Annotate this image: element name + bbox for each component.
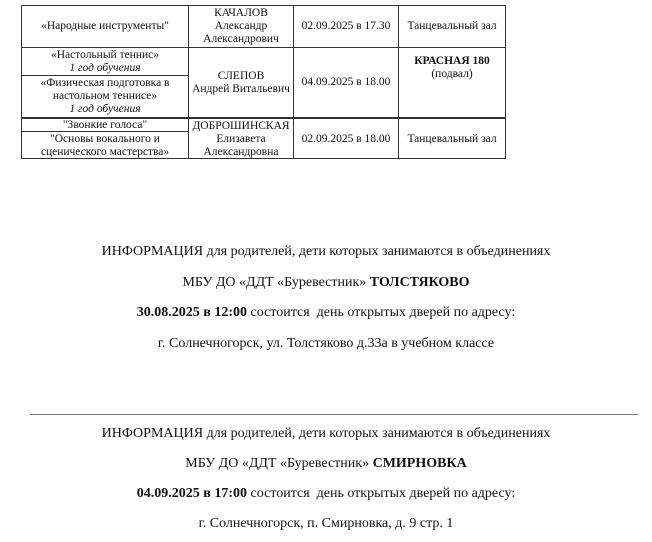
- teacher-patronymic: Александровна: [204, 146, 279, 159]
- notice-line: 30.08.2025 в 12:00 состоится день открыт…: [0, 305, 652, 321]
- datetime-cell: 02.09.2025 в 17.30: [294, 6, 398, 47]
- program-cell: "Звонкие голоса": [22, 119, 188, 131]
- place-cell: Танцевальный зал: [399, 6, 505, 47]
- event-text: состоится день открытых дверей по адресу…: [247, 305, 515, 320]
- notice-line: ИНФОРМАЦИЯ для родителей, дети которых з…: [0, 426, 652, 442]
- event-text: состоится день открытых дверей по адресу…: [247, 486, 515, 501]
- place-cell: Танцевальный зал: [399, 119, 505, 159]
- program-cell: «Физическая подготовка в настольном тенн…: [22, 76, 188, 117]
- teacher-name: Елизавета: [216, 133, 265, 146]
- program-title: "Звонкие голоса": [63, 119, 147, 132]
- place-title: Танцевальный зал: [407, 133, 496, 146]
- place-cell: КРАСНАЯ 180 (подвал): [399, 54, 505, 82]
- teacher-cell: ДОБРОШИНСКАЯ Елизавета Александровна: [189, 119, 293, 159]
- place-title: Танцевальный зал: [407, 20, 496, 33]
- program-title: «Настольный теннис»: [51, 49, 159, 62]
- teacher-name: Александр: [215, 20, 268, 33]
- datetime: 02.09.2025 в 18.00: [302, 133, 391, 146]
- program-title-line: сценического мастерства»: [41, 146, 169, 159]
- program-cell: "Основы вокального и сценического мастер…: [22, 132, 188, 159]
- program-title-line: «Физическая подготовка в: [41, 77, 170, 90]
- org-name: МБУ ДО «ДДТ «Буревестник»: [182, 275, 369, 290]
- teacher-cell: КАЧАЛОВ Александр Александрович: [189, 6, 293, 47]
- program-cell: «Настольный теннис» 1 год обучения: [22, 48, 188, 75]
- event-datetime: 04.09.2025 в 17:00: [137, 486, 247, 501]
- place-title: КРАСНАЯ 180: [414, 55, 490, 68]
- address: г. Солнечногорск, п. Смирновка, д. 9 стр…: [0, 516, 652, 532]
- program-title-line: настольном теннисе»: [53, 90, 157, 103]
- program-cell: «Народные инструменты": [22, 6, 188, 47]
- program-note: 1 год обучения: [69, 62, 140, 75]
- location-name: СМИРНОВКА: [373, 456, 467, 471]
- notice-line: МБУ ДО «ДДТ «Буревестник» СМИРНОВКА: [0, 456, 652, 472]
- address: г. Солнечногорск, ул. Толстяково д.33а в…: [0, 336, 652, 352]
- teacher-cell: СЛЕПОВ Андрей Витальевич: [189, 48, 293, 117]
- schedule-table: «Народные инструменты" КАЧАЛОВ Александр…: [21, 5, 506, 159]
- teacher-patronymic: Александрович: [203, 33, 279, 46]
- notice-line: 04.09.2025 в 17:00 состоится день открыт…: [0, 486, 652, 502]
- section-divider: [30, 414, 638, 415]
- event-datetime: 30.08.2025 в 12:00: [137, 305, 247, 320]
- place-note: (подвал): [431, 68, 472, 81]
- org-name: МБУ ДО «ДДТ «Буревестник»: [185, 456, 372, 471]
- teacher-surname: КАЧАЛОВ: [214, 7, 268, 20]
- teacher-name: Андрей Витальевич: [192, 83, 290, 96]
- teacher-surname: ДОБРОШИНСКАЯ: [192, 120, 289, 133]
- datetime: 04.09.2025 в 18.00: [302, 76, 391, 89]
- notice-line: МБУ ДО «ДДТ «Буревестник» ТОЛСТЯКОВО: [0, 275, 652, 291]
- program-note: 1 год обучения: [69, 103, 140, 116]
- notice-line: ИНФОРМАЦИЯ для родителей, дети которых з…: [0, 244, 652, 260]
- datetime-cell: 04.09.2025 в 18.00: [294, 48, 398, 117]
- teacher-surname: СЛЕПОВ: [218, 70, 265, 83]
- datetime-cell: 02.09.2025 в 18.00: [294, 119, 398, 159]
- location-name: ТОЛСТЯКОВО: [370, 275, 470, 290]
- program-title-line: "Основы вокального и: [50, 133, 160, 146]
- datetime: 02.09.2025 в 17.30: [302, 20, 391, 33]
- program-title: «Народные инструменты": [41, 20, 169, 33]
